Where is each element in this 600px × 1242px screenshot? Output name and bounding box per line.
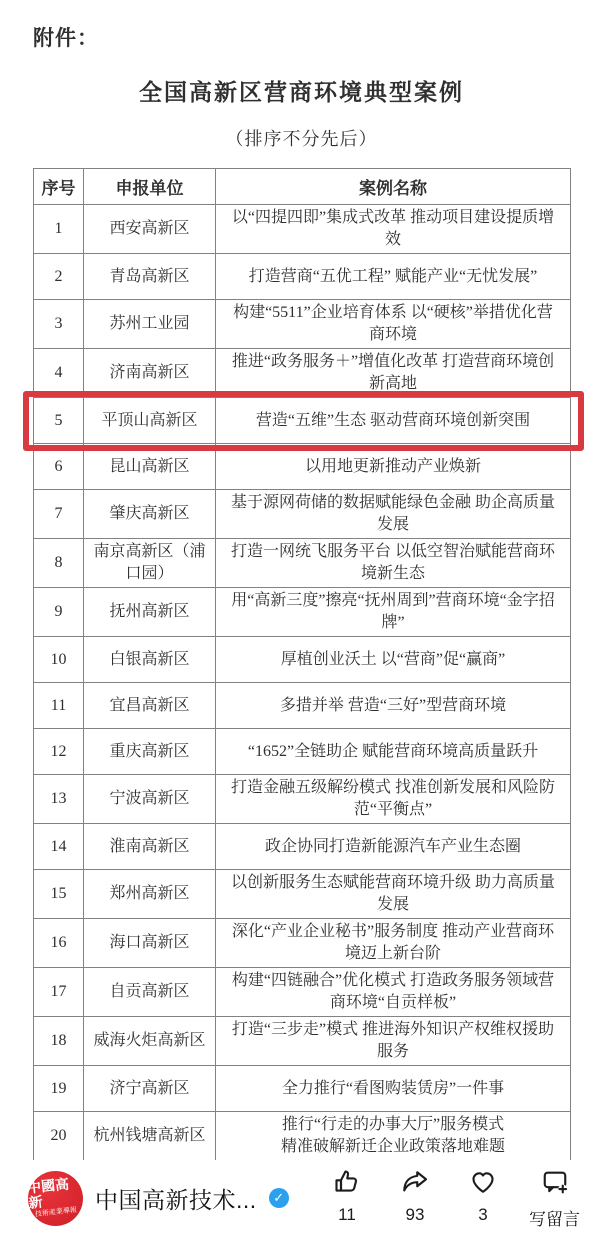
- action-bar: 11 93 3 写留言: [325, 1167, 580, 1230]
- case-cell: 构建“四链融合”优化模式 打造政务服务领域营商环境“自贡样板”: [216, 968, 571, 1017]
- row-number-cell: 7: [34, 490, 84, 539]
- table-row: 18威海火炬高新区打造“三步走”模式 推进海外知识产权维权援助服务: [34, 1017, 571, 1066]
- case-cell: 打造金融五级解纷模式 找准创新发展和风险防范“平衡点”: [216, 775, 571, 824]
- unit-cell: 郑州高新区: [84, 870, 216, 919]
- unit-cell: 昆山高新区: [84, 444, 216, 490]
- row-number-cell: 19: [34, 1066, 84, 1112]
- case-cell: 政企协同打造新能源汽车产业生态圈: [216, 824, 571, 870]
- row-number-cell: 4: [34, 349, 84, 398]
- table-row: 7肇庆高新区基于源网荷储的数据赋能绿色金融 助企高质量发展: [34, 490, 571, 539]
- table-row: 20杭州钱塘高新区推行“行走的办事大厅”服务模式 精准破解新迁企业政策落地难题: [34, 1112, 571, 1161]
- case-cell: 以创新服务生态赋能营商环境升级 助力高质量发展: [216, 870, 571, 919]
- account-logo: 中國高新 技術產業導報: [28, 1171, 83, 1226]
- table-row: 3苏州工业园构建“5511”企业培育体系 以“硬核”举措优化营商环境: [34, 300, 571, 349]
- unit-cell: 抚州高新区: [84, 588, 216, 637]
- table-row: 8南京高新区（浦口园）打造一网统飞服务平台 以低空智治赋能营商环境新生态: [34, 539, 571, 588]
- unit-cell: 南京高新区（浦口园）: [84, 539, 216, 588]
- row-number-cell: 20: [34, 1112, 84, 1161]
- case-cell: 打造营商“五优工程” 赋能产业“无忧发展”: [216, 254, 571, 300]
- case-cell: 厚植创业沃土 以“营商”促“赢商”: [216, 637, 571, 683]
- unit-cell: 济宁高新区: [84, 1066, 216, 1112]
- row-number-cell: 17: [34, 968, 84, 1017]
- table-row: 1西安高新区以“四提四即”集成式改革 推动项目建设提质增效: [34, 205, 571, 254]
- row-number-cell: 2: [34, 254, 84, 300]
- unit-cell: 威海火炬高新区: [84, 1017, 216, 1066]
- footer-bar: 中國高新 技術產業導報 中国高新技术... ✓ 11 93 3: [0, 1160, 600, 1242]
- comment-button[interactable]: 写留言: [529, 1167, 580, 1230]
- row-number-cell: 6: [34, 444, 84, 490]
- table-row: 12重庆高新区“1652”全链助企 赋能营商环境高质量跃升: [34, 729, 571, 775]
- unit-cell: 杭州钱塘高新区: [84, 1112, 216, 1161]
- row-number-cell: 1: [34, 205, 84, 254]
- like-button[interactable]: 11: [325, 1167, 369, 1225]
- unit-cell: 平顶山高新区: [84, 398, 216, 444]
- unit-cell: 肇庆高新区: [84, 490, 216, 539]
- case-cell: 打造一网统飞服务平台 以低空智治赋能营商环境新生态: [216, 539, 571, 588]
- case-cell: 深化“产业企业秘书”服务制度 推动产业营商环境迈上新台阶: [216, 919, 571, 968]
- unit-cell: 西安高新区: [84, 205, 216, 254]
- comment-plus-icon: [540, 1167, 570, 1202]
- row-number-cell: 9: [34, 588, 84, 637]
- row-number-cell: 5: [34, 398, 84, 444]
- logo-text-line2: 技術產業導報: [34, 1207, 77, 1219]
- page-title: 全国高新区营商环境典型案例: [33, 74, 570, 107]
- table-row: 19济宁高新区全力推行“看图购装赁房”一件事: [34, 1066, 571, 1112]
- unit-cell: 自贡高新区: [84, 968, 216, 1017]
- case-table: 序号 申报单位 案例名称 1西安高新区以“四提四即”集成式改革 推动项目建设提质…: [33, 168, 571, 1175]
- verified-badge-icon: ✓: [269, 1188, 289, 1208]
- thumbs-up-icon: [332, 1167, 362, 1202]
- case-cell: 打造“三步走”模式 推进海外知识产权维权援助服务: [216, 1017, 571, 1066]
- unit-cell: 重庆高新区: [84, 729, 216, 775]
- favorite-count: 3: [478, 1205, 487, 1225]
- table-row: 11宜昌高新区多措并举 营造“三好”型营商环境: [34, 683, 571, 729]
- row-number-cell: 8: [34, 539, 84, 588]
- table-row: 13宁波高新区打造金融五级解纷模式 找准创新发展和风险防范“平衡点”: [34, 775, 571, 824]
- account-link[interactable]: 中國高新 技術產業導報 中国高新技术... ✓: [28, 1171, 289, 1226]
- unit-cell: 宁波高新区: [84, 775, 216, 824]
- table-row: 16海口高新区深化“产业企业秘书”服务制度 推动产业营商环境迈上新台阶: [34, 919, 571, 968]
- comment-label: 写留言: [529, 1205, 580, 1230]
- row-number-cell: 18: [34, 1017, 84, 1066]
- col-header-unit: 申报单位: [84, 169, 216, 205]
- case-cell: 推进“政务服务＋”增值化改革 打造营商环境创新高地: [216, 349, 571, 398]
- share-button[interactable]: 93: [393, 1167, 437, 1225]
- table-row: 6昆山高新区以用地更新推动产业焕新: [34, 444, 571, 490]
- unit-cell: 青岛高新区: [84, 254, 216, 300]
- table-row: 17自贡高新区构建“四链融合”优化模式 打造政务服务领域营商环境“自贡样板”: [34, 968, 571, 1017]
- col-header-case: 案例名称: [216, 169, 571, 205]
- unit-cell: 苏州工业园: [84, 300, 216, 349]
- row-number-cell: 14: [34, 824, 84, 870]
- table-row: 5平顶山高新区营造“五维”生态 驱动营商环境创新突围: [34, 398, 571, 444]
- page-subtitle: （排序不分先后）: [33, 125, 570, 151]
- unit-cell: 海口高新区: [84, 919, 216, 968]
- unit-cell: 白银高新区: [84, 637, 216, 683]
- case-cell: 营造“五维”生态 驱动营商环境创新突围: [216, 398, 571, 444]
- table-header-row: 序号 申报单位 案例名称: [34, 169, 571, 205]
- share-count: 93: [406, 1205, 425, 1225]
- case-cell: 以用地更新推动产业焕新: [216, 444, 571, 490]
- share-icon: [400, 1167, 430, 1202]
- table-row: 14淮南高新区政企协同打造新能源汽车产业生态圈: [34, 824, 571, 870]
- table-row: 4济南高新区推进“政务服务＋”增值化改革 打造营商环境创新高地: [34, 349, 571, 398]
- like-count: 11: [338, 1205, 356, 1225]
- favorite-button[interactable]: 3: [461, 1167, 505, 1225]
- col-header-no: 序号: [34, 169, 84, 205]
- case-cell: 以“四提四即”集成式改革 推动项目建设提质增效: [216, 205, 571, 254]
- case-cell: 多措并举 营造“三好”型营商环境: [216, 683, 571, 729]
- row-number-cell: 13: [34, 775, 84, 824]
- table-row: 2青岛高新区打造营商“五优工程” 赋能产业“无忧发展”: [34, 254, 571, 300]
- account-name: 中国高新技术...: [95, 1182, 257, 1215]
- case-cell: 推行“行走的办事大厅”服务模式 精准破解新迁企业政策落地难题: [216, 1112, 571, 1161]
- case-cell: “1652”全链助企 赋能营商环境高质量跃升: [216, 729, 571, 775]
- row-number-cell: 15: [34, 870, 84, 919]
- unit-cell: 淮南高新区: [84, 824, 216, 870]
- row-number-cell: 16: [34, 919, 84, 968]
- unit-cell: 宜昌高新区: [84, 683, 216, 729]
- case-cell: 构建“5511”企业培育体系 以“硬核”举措优化营商环境: [216, 300, 571, 349]
- case-table-body: 1西安高新区以“四提四即”集成式改革 推动项目建设提质增效2青岛高新区打造营商“…: [34, 205, 571, 1175]
- case-cell: 基于源网荷储的数据赋能绿色金融 助企高质量发展: [216, 490, 571, 539]
- row-number-cell: 12: [34, 729, 84, 775]
- row-number-cell: 10: [34, 637, 84, 683]
- case-cell: 全力推行“看图购装赁房”一件事: [216, 1066, 571, 1112]
- row-number-cell: 11: [34, 683, 84, 729]
- heart-icon: [468, 1167, 498, 1202]
- row-number-cell: 3: [34, 300, 84, 349]
- table-row: 15郑州高新区以创新服务生态赋能营商环境升级 助力高质量发展: [34, 870, 571, 919]
- case-cell: 用“高新三度”擦亮“抚州周到”营商环境“金字招牌”: [216, 588, 571, 637]
- table-row: 10白银高新区厚植创业沃土 以“营商”促“赢商”: [34, 637, 571, 683]
- unit-cell: 济南高新区: [84, 349, 216, 398]
- table-row: 9抚州高新区用“高新三度”擦亮“抚州周到”营商环境“金字招牌”: [34, 588, 571, 637]
- article-page: 附件： 全国高新区营商环境典型案例 （排序不分先后） 序号 申报单位 案例名称 …: [0, 0, 600, 1242]
- attachment-label: 附件：: [33, 22, 570, 52]
